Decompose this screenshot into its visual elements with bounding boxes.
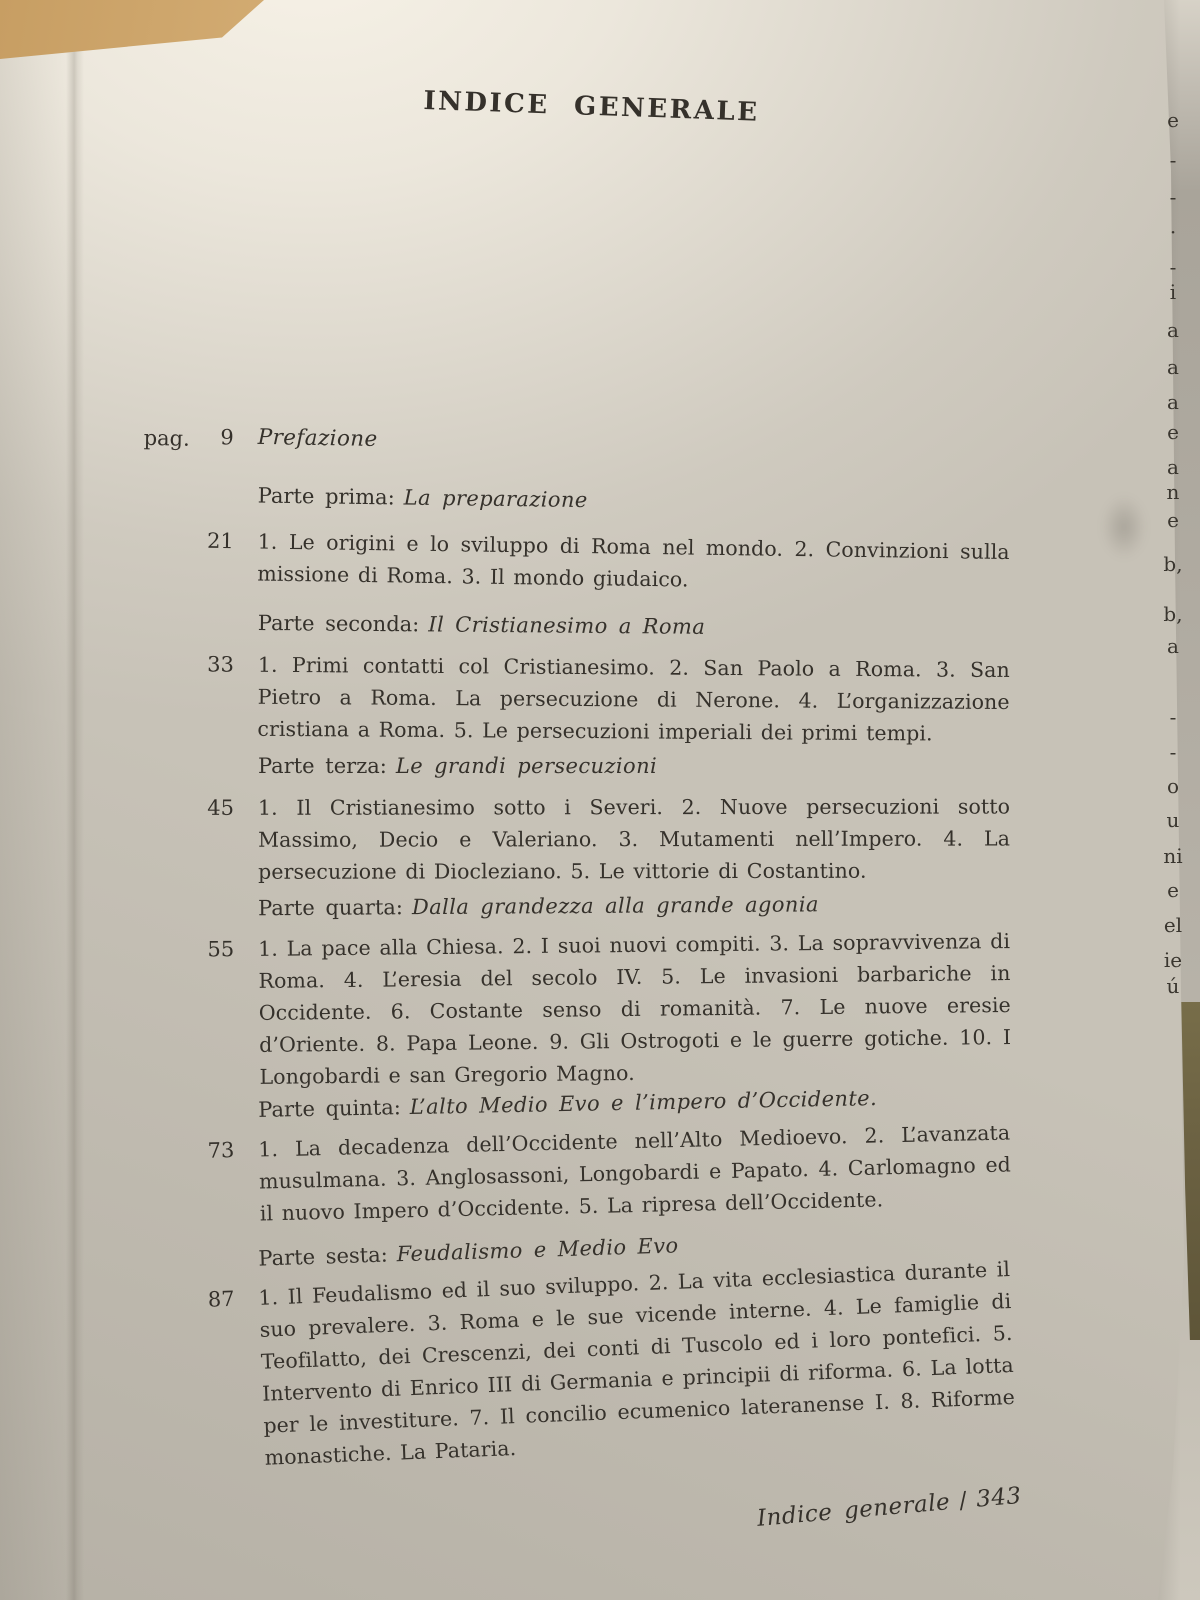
page-number: 45 (150, 792, 234, 824)
footer-page-number: 343 (975, 1483, 1022, 1513)
entry-text: 1. La decadenza dell’Occidente nell’Alto… (258, 1116, 1012, 1229)
toc-entry: 55 1. La pace alla Chiesa. 2. I suoi nuo… (150, 925, 1012, 1094)
page-title: INDICE GENERALE (423, 86, 760, 128)
part-heading-prefix: Parte quarta: (258, 895, 403, 920)
part-heading: Parte terza:Le grandi persecuzioni (150, 750, 1010, 782)
part-heading: Parte quarta:Dalla grandezza alla grande… (150, 887, 1010, 925)
toc-entry: 33 1. Primi contatti col Cristianesimo. … (149, 648, 1010, 750)
part-heading-prefix: Parte terza: (258, 754, 387, 778)
part-heading-title: L’alto Medio Evo e l’impero d’Occidente. (410, 1086, 878, 1119)
part-heading: Parte prima:La preparazione (150, 478, 1010, 522)
part-heading-title: Feudalismo e Medio Evo (396, 1233, 679, 1266)
footer-separator: / (949, 1487, 977, 1515)
book-page-photo: INDICE GENERALE pag. 9 Prefazione Parte … (0, 0, 1200, 1600)
page-edge-text-fragments: e--·-iaaaeaneb,b,a--ounieelieú (1158, 0, 1188, 1600)
page-number: 21 (150, 524, 234, 557)
page-number: 9 (149, 420, 234, 453)
entry-text: 1. Le origini e lo sviluppo di Roma nel … (257, 526, 1010, 600)
part-heading-prefix: Parte quinta: (258, 1095, 401, 1122)
footer-running-title: Indice generale/343 (756, 1483, 1023, 1532)
toc-entry: 21 1. Le origini e lo sviluppo di Roma n… (149, 524, 1010, 600)
footer-label: Indice generale (756, 1489, 951, 1532)
entry-text: 1. Il Cristianesimo sotto i Severi. 2. N… (258, 790, 1010, 887)
toc-entry: 45 1. Il Cristianesimo sotto i Severi. 2… (150, 790, 1010, 888)
page-number: 33 (150, 648, 234, 681)
entry-text: 1. Primi contatti col Cristianesimo. 2. … (257, 649, 1010, 750)
part-heading-title: Dalla grandezza alla grande agonia (412, 892, 819, 919)
part-heading-prefix: Parte prima: (258, 484, 395, 510)
page-number: 73 (150, 1134, 235, 1168)
toc-entry-preface: pag. 9 Prefazione (149, 420, 1009, 467)
table-of-contents: INDICE GENERALE pag. 9 Prefazione Parte … (0, 0, 1200, 1600)
part-heading: Parte seconda:Il Cristianesimo a Roma (150, 606, 1010, 646)
part-heading-title: Le grandi persecuzioni (396, 754, 657, 778)
page-number: 55 (150, 933, 234, 966)
preface-title: Prefazione (257, 422, 1009, 467)
part-heading-prefix: Parte seconda: (258, 611, 420, 636)
part-heading-prefix: Parte sesta: (258, 1243, 388, 1271)
toc-entry: 87 1. Il Feudalismo ed il suo sviluppo. … (150, 1253, 1017, 1478)
toc-entry: 73 1. La decadenza dell’Occidente nell’A… (150, 1116, 1012, 1231)
entry-text: 1. La pace alla Chiesa. 2. I suoi nuovi … (258, 925, 1012, 1093)
entry-text: 1. Il Feudalismo ed il suo sviluppo. 2. … (258, 1253, 1017, 1474)
part-heading-title: Il Cristianesimo a Roma (428, 612, 705, 638)
part-heading-title: La preparazione (404, 486, 588, 513)
page-number: 87 (150, 1283, 235, 1318)
